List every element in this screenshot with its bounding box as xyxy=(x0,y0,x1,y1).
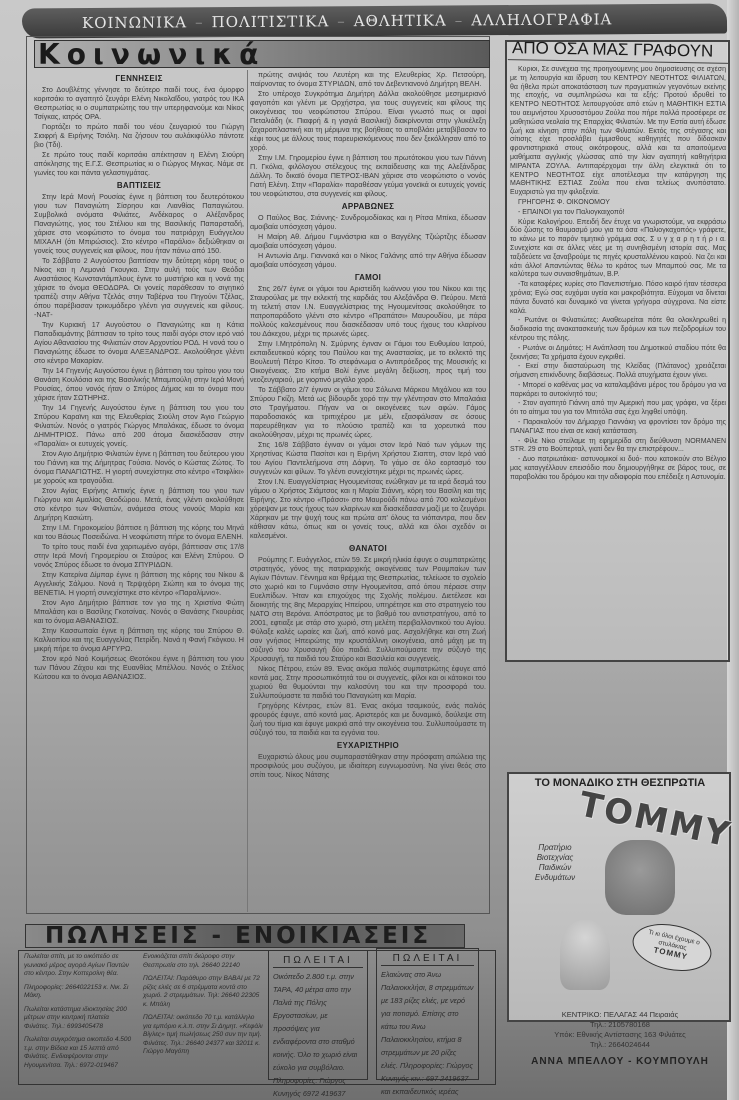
newspaper-page: ΚΟΙΝΩΝΙΚΑ–ΠΟΛΙΤΙΣΤΙΚΑ–ΑΘΛΗΤΙΚΑ–ΑΛΛΗΛΟΓΡΑ… xyxy=(0,0,739,1100)
letter-paragraph: - ΕΠΑΙΝΟΙ για τον Παλιογκαιχοπό! xyxy=(510,209,726,218)
baptism-paragraph: Στην Κατερίνα Δίμπαρ έγινε η βάπτιση της… xyxy=(34,570,244,597)
letter-paragraph: - Παρακαλούν τον Δήμαρχο Γιαννάκη να φρο… xyxy=(510,419,726,437)
wedding-paragraph: Το Σάββατο 2/7 έγιναν οι γάμοι του Σόλων… xyxy=(250,385,486,439)
tagline-line: Ενδυμάτων xyxy=(520,873,590,883)
letters-column: Κύριοι, Σε συνέχεια της προηγούμενης μου… xyxy=(510,66,726,658)
advert-tagline: Πρατήριο Βιοτεχνίας Παιδικών Ενδυμάτων xyxy=(520,843,590,883)
letter-paragraph: Κύριοι, Σε συνέχεια της προηγούμενης μου… xyxy=(510,66,726,198)
baptism-paragraph: Στον ιερό Ναό Κοιμήσεως Θεοτόκου έγινε η… xyxy=(34,654,244,681)
baptism-paragraph: Στην Ιερά Μονή Ρουσίας έγινε η βάπτιση τ… xyxy=(34,192,244,255)
classified-ad: ΠΩΛΕΙΤΑΙ: Παράθυρο στην ΒΑΒΑΙ με 72 ρίζε… xyxy=(143,975,263,1009)
for-sale-text: Ελαιώνας στο Άνω Παλαιοκκλήσι, 8 στρεμμά… xyxy=(381,968,474,1098)
classified-ad: Ενοικιάζεται σπίτι διώροφο στην Θεσπρωτί… xyxy=(143,953,263,970)
baptism-paragraph: Το Σάββατο 2 Αυγούστου βαπτίσαν την δεύτ… xyxy=(34,256,244,319)
classified-ad: Πωλείται κατάστημα ιδιοκτησίας 200 μέτρω… xyxy=(24,1006,136,1032)
banner-section-correspondence: ΑΛΛΗΛΟΓΡΑΦΙΑ xyxy=(471,10,612,29)
births-paragraph: Στο Δουβλέτης γέννησε το δεύτερο παιδί τ… xyxy=(34,85,244,121)
tagline-line: Πρατήριο xyxy=(520,843,590,853)
wedding-paragraph: Στις 26/7 έγινε οι γάμοι του Αριστείδη Ι… xyxy=(250,284,486,338)
child-photo xyxy=(560,920,610,990)
classifieds-column-a: Πωλείται σπίτι, με το οικόπεδο σε γωνιακ… xyxy=(24,953,136,1075)
baptism-paragraph: Την 14 Γηγενής Αυγούστου έγινε η βάπτιση… xyxy=(34,403,244,448)
advert-header: ΤΟ ΜΟΝΑΔΙΚΟ ΣΤΗ ΘΕΣΠΡΩΤΙΑ xyxy=(510,777,730,789)
classified-ad: Πωλείται συγκρότημα οικοπεδο 4.500 τ.μ. … xyxy=(24,1036,136,1070)
baptism-paragraph: Στον Αγίας Ειρήνης Αττικής έγινε η βάπτι… xyxy=(34,486,244,522)
banner-separator: – xyxy=(195,13,204,31)
letter-paragraph: - Ρωτάνε οι Φιλιατιώτες: Αναθεωρείται πό… xyxy=(510,317,726,343)
letters-title: ΑΠΟ ΟΣΑ ΜΑΣ ΓΡΑΦΟΥΝ xyxy=(508,38,730,64)
banner-section-sports: ΑΘΛΗΤΙΚΑ xyxy=(354,11,447,30)
for-sale-box-2: ΠΩΛΕΙΤΑΙ Ελαιώνας στο Άνω Παλαιοκκλήσι, … xyxy=(376,948,479,1080)
social-column-1: ΓΕΝΝΗΣΕΙΣ Στο Δουβλέτης γέννησε το δεύτε… xyxy=(34,70,244,910)
classified-ad: Πωλείται σπίτι, με το οικόπεδο σε γωνιακ… xyxy=(24,953,136,979)
baptism-paragraph: Στην Ι.Μ. Γηροκομείου βάπτισε η βάπτιση … xyxy=(34,523,244,541)
baptism-paragraph: Την 14 Γηγενής Αυγούστου έγινε η βάπτιση… xyxy=(34,366,244,402)
banner-separator: – xyxy=(455,11,464,29)
wedding-paragraph: Στις 16/8 Σάββατο έγιναν οι γάμοι στον Ι… xyxy=(250,440,486,476)
letter-paragraph: - Στον αγαπητό Γιάννη από την Αμερική πο… xyxy=(510,400,726,418)
letter-paragraph: - Εκεί στην διασταύρωση της Κλείδας (Πλά… xyxy=(510,363,726,381)
baptism-paragraph: Το τρίτο τους παιδί ένα χαριτωμένο αγόρι… xyxy=(34,542,244,569)
letter-paragraph: Κύριε Καλογήρου. Επειδή δεν έτυχε να γνω… xyxy=(510,219,726,281)
thanks-paragraph: Ευχαριστώ όλους μου συμπαραστάθηκαν στην… xyxy=(250,752,486,779)
death-paragraph: Ρούμπης Γ. Ευάγγελος, ετών 59. Σε μικρή … xyxy=(250,555,486,663)
baptism-paragraph: Την Κυριακή 17 Αυγούστου ο Παναγιώτης κα… xyxy=(34,320,244,365)
births-heading: ΓΕΝΝΗΣΕΙΣ xyxy=(34,74,244,83)
letter-paragraph: - Φίλε Νίκο στείλαμε τη εφημερίδα στη δι… xyxy=(510,438,726,456)
classifieds-title: ΠΩΛΗΣΕΙΣ - ΕΝΟΙΚΙΑΣΕΙΣ xyxy=(45,923,431,949)
engagement-paragraph: Η Αντωνία Δημ. Γιαννακά και ο Νίκος Γαλά… xyxy=(250,251,486,269)
classifieds-column-b: Ενοικιάζεται σπίτι διώροφο στην Θεσπρωτί… xyxy=(143,953,263,1062)
advert-owner: ΑΝΝΑ ΜΠΕΛΛΟΥ - ΚΟΥΜΠΟΥΛΗ xyxy=(510,1056,730,1067)
social-column-2: πρώτης ανιψιάς του Λευτέρη και της Ελευθ… xyxy=(250,70,486,915)
for-sale-title: ΠΩΛΕΙΤΑΙ xyxy=(273,954,363,968)
baptism-continued-paragraph: πρώτης ανιψιάς του Λευτέρη και της Ελευθ… xyxy=(250,70,486,88)
weddings-heading: ΓΑΜΟΙ xyxy=(250,273,486,282)
banner-separator: – xyxy=(337,12,346,30)
letter-signature: ΓΡΗΓΟΡΗΣ Φ. ΟΙΚΟΝΟΜΟΥ xyxy=(510,199,726,208)
baptism-continued-paragraph: Στο υπέροχο Συγκρότημα Δημήτρη Δάλλα ακο… xyxy=(250,89,486,152)
engagement-paragraph: Ο Παύλος Βας. Σιάννης- Συνδρομοδίακας κα… xyxy=(250,213,486,231)
baptisms-heading: ΒΑΠΤΙΣΕΙΣ xyxy=(34,181,244,190)
death-paragraph: Νίκος Πέτρου, ετών 89. Ένας ακόμα παλιός… xyxy=(250,664,486,700)
advert-contacts: ΚΕΝΤΡΙΚΟ: ΠΕΛΑΓΑΣ 44 Πειραιάς Τηλ.: 2105… xyxy=(510,1010,730,1050)
baptism-continued-paragraph: Στην Ι.Μ. Γηρομερίου έγινε η βάπτιση του… xyxy=(250,153,486,198)
tagline-line: Βιοτεχνίας xyxy=(520,853,590,863)
contact-line: ΚΕΝΤΡΙΚΟ: ΠΕΛΑΓΑΣ 44 Πειραιάς xyxy=(510,1010,730,1020)
wedding-paragraph: Στην Ι.Μητρόπολη Ν. Σμύρνης έγιναν οι Γά… xyxy=(250,339,486,384)
contact-phone: Τηλ.: 2664024644 xyxy=(510,1040,730,1050)
letter-paragraph: - Δυο πατριωτάκια- αστυνομικοί κι δυό- π… xyxy=(510,456,726,482)
letter-paragraph: - Ρωτάνε οι Δημότες: Η Ανάπλαση του Δημο… xyxy=(510,345,726,363)
classified-ad: Πληροφορίες: 2664022153 κ. Νικ. Σι Μάκη. xyxy=(24,984,136,1001)
column-divider xyxy=(247,70,248,912)
banner-section-social: ΚΟΙΝΩΝΙΚΑ xyxy=(82,13,187,32)
wedding-paragraph: Στον Ι.Ν. Ευαγγελίστριας Ηγουμενίτσας εν… xyxy=(250,477,486,540)
for-sale-title: ΠΩΛΕΙΤΑΙ xyxy=(381,952,474,966)
tagline-line: Παιδικών xyxy=(520,863,590,873)
classified-ad: ΠΩΛΕΙΤΑΙ: οικόπεδο 70 τ.μ. κατάλληλο για… xyxy=(143,1014,263,1057)
for-sale-text: Οικόπεδο 2.800 τ.μ. στην ΤΑΡΑ, 40 μέτρα … xyxy=(273,970,363,1100)
engagement-paragraph: Η Μαίρη Αθ. Δήμου Γυμνάστρια και ο Βαγγέ… xyxy=(250,232,486,250)
contact-phone: Τηλ.: 2105780168 xyxy=(510,1020,730,1030)
death-paragraph: Γρηγόρης Κέντρας, ετών 81. Ένας ακόμα τσ… xyxy=(250,701,486,737)
letter-paragraph: -Τα καταφέρες κυρίες στο Πανεπιστήμιο. Π… xyxy=(510,281,726,316)
letter-paragraph: - Μπορεί ο καθένας μας να καταλαμβάνει μ… xyxy=(510,382,726,400)
baptism-paragraph: Στην Κασσωπαία έγινε η βάπτιση της κόρης… xyxy=(34,626,244,653)
deaths-heading: ΘΑΝΑΤΟΙ xyxy=(250,544,486,553)
baptism-paragraph: Στον Αγιο Δημήτριο βάπτισε τον γιο της η… xyxy=(34,598,244,625)
births-paragraph: Γιορτάζει το πρώτο παιδί του νέου ζευγαρ… xyxy=(34,122,244,149)
social-section-title: Κοινωνικά xyxy=(38,38,265,71)
thanks-heading: ΕΥΧΑΡΙΣΤΗΡΙΟ xyxy=(250,741,486,750)
contact-line: Υπόκ: Εθνικής Αντίστασης 163 Φιλιάτες xyxy=(510,1030,730,1040)
baptism-paragraph: Στον Αγιο Δημήτριο Φιλιατών έγινε η βάπτ… xyxy=(34,449,244,485)
banner-section-cultural: ΠΟΛΙΤΙΣΤΙΚΑ xyxy=(212,12,330,31)
for-sale-box-1: ΠΩΛΕΙΤΑΙ Οικόπεδο 2.800 τ.μ. στην ΤΑΡΑ, … xyxy=(268,950,368,1080)
bear-illustration-icon xyxy=(605,840,675,915)
engagements-heading: ΑΡΡΑΒΩΝΕΣ xyxy=(250,202,486,211)
section-banner: ΚΟΙΝΩΝΙΚΑ–ΠΟΛΙΤΙΣΤΙΚΑ–ΑΘΛΗΤΙΚΑ–ΑΛΛΗΛΟΓΡΑ… xyxy=(22,4,727,39)
births-paragraph: Σε πρώτο τους παιδί κοριτσάκι απέκτησαν … xyxy=(34,150,244,177)
